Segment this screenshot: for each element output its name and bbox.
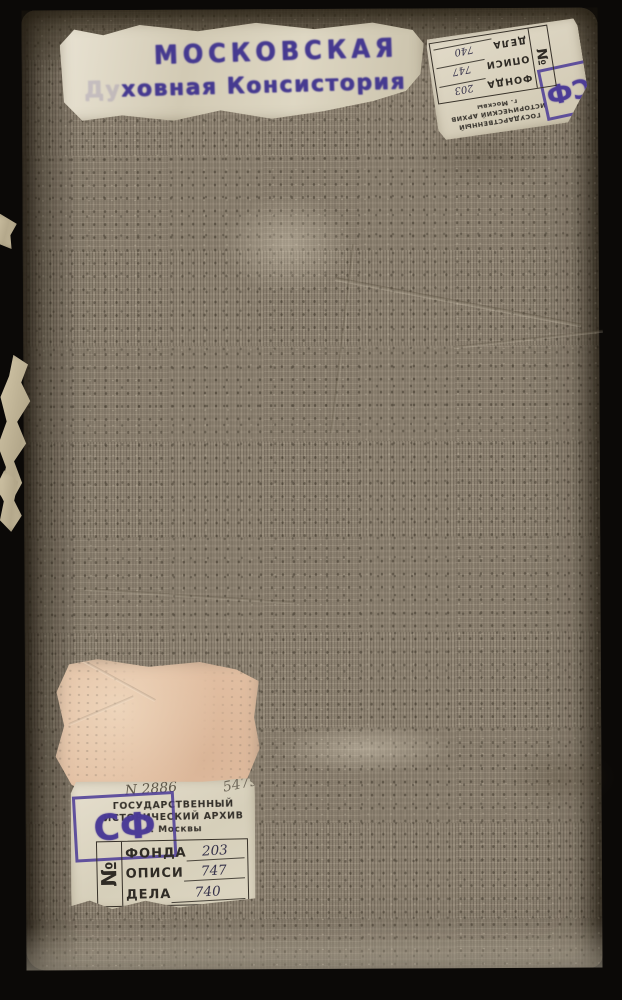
- title-stamp-faded-prefix: Ду: [84, 77, 122, 103]
- no-symbol: №: [97, 861, 122, 887]
- title-stamp-line2: Духовная Консистория: [84, 69, 407, 103]
- title-stamp-line1: МОСКОВСКАЯ: [153, 33, 398, 70]
- field-label: ФОНДА: [486, 72, 533, 90]
- field-row-dela: ДЕЛА 740: [126, 883, 245, 902]
- archive-form-box: № ФОНДА 203 ОПИСИ 747 ДЕЛА 740: [96, 838, 249, 907]
- bottom-edge-highlight: [26, 921, 602, 970]
- field-value-handwritten: 747: [436, 59, 486, 80]
- bottom-archive-label: N 2886 5479 ГОСУДАРСТВЕННЫЙ ИСТОРИЧЕСКИЙ…: [69, 778, 258, 910]
- title-stamp-line2-text: ховная Консистория: [121, 69, 407, 102]
- field-value-handwritten: 203: [439, 78, 487, 99]
- field-row-fonda: ФОНДА 203: [125, 842, 244, 861]
- field-value-handwritten: 740: [433, 38, 493, 61]
- right-edge-shading: [567, 7, 602, 967]
- field-label: ОПИСИ: [485, 53, 530, 71]
- field-value-handwritten: 203: [186, 841, 244, 861]
- spine-frayed-paper: [0, 213, 18, 250]
- field-value-handwritten: 740: [171, 882, 246, 903]
- field-row-opisi: ОПИСИ 747: [125, 863, 244, 882]
- field-label: ДЕЛА: [491, 34, 527, 50]
- field-label: ДЕЛА: [126, 887, 172, 903]
- field-label: ФОНДА: [125, 845, 187, 861]
- no-column: №: [97, 842, 123, 907]
- dark-stain: [505, 747, 615, 808]
- scan-viewport: МОСКОВСКАЯ Духовная Консистория ГОСУДАРС…: [0, 0, 622, 1000]
- no-symbol: №: [533, 47, 551, 66]
- archive-field-rows: ФОНДА 203 ОПИСИ 747 ДЕЛА 740: [122, 839, 248, 906]
- archive-field-rows: ФОНДА 203 ОПИСИ 747 ДЕЛА 740: [430, 29, 537, 104]
- field-value-handwritten: 747: [183, 862, 245, 882]
- field-label: ОПИСИ: [125, 866, 184, 882]
- light-smudge: [222, 194, 353, 295]
